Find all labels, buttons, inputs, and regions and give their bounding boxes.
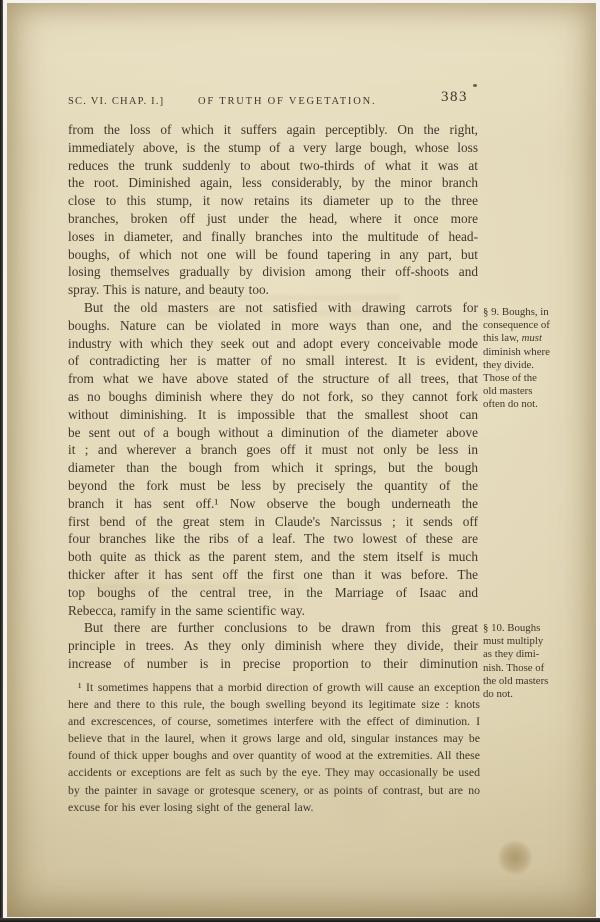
- running-title: OF TRUTH OF VEGETATION.: [198, 96, 368, 107]
- text-line: branches, broken off just under the head…: [68, 210, 478, 228]
- text-line: close to this stump, it now retains its …: [68, 192, 478, 210]
- text-line: found of thick upper boughs and over qua…: [68, 747, 480, 764]
- text-line: diminish where: [483, 346, 587, 359]
- text-line: excuse for his ever losing sight of the …: [68, 799, 480, 816]
- text-line: increase of number is in precise proport…: [68, 655, 478, 673]
- text-line: be sent out of a bough without a diminut…: [68, 424, 478, 442]
- text-line: it ; and wherever a branch goes off it m…: [68, 441, 478, 459]
- text-line: must multiply: [483, 635, 587, 648]
- text-line: from the loss of which it suffers again …: [68, 121, 478, 139]
- text-line: boughs. Nature can be violated in more w…: [68, 317, 478, 335]
- text-line: both quite as thick as the parent stem, …: [68, 548, 478, 566]
- text-line: old masters: [483, 385, 587, 398]
- scan-edge-left: [0, 0, 3, 922]
- text-line: industry with which they seek out and ad…: [68, 335, 478, 353]
- text-line: top boughs of the central tree, in the M…: [68, 584, 478, 602]
- text-line: the old masters: [483, 675, 587, 688]
- margin-note-10: § 10. Boughsmust multiplyas they dimi-ni…: [483, 622, 587, 701]
- text-line: and excrescences, of course, sometimes i…: [68, 713, 480, 730]
- text-line: as they dimi-: [483, 648, 587, 661]
- scan-edge-bottom: [0, 918, 600, 922]
- paragraph: from the loss of which it suffers again …: [68, 121, 478, 299]
- footnote: ¹ It sometimes happens that a morbid dir…: [68, 679, 480, 816]
- book-page-scan: SC. VI. CHAP. I.] OF TRUTH OF VEGETATION…: [0, 0, 600, 922]
- text-line: immediately above, is the stump of a ver…: [68, 139, 478, 157]
- stain-mark: [497, 840, 533, 875]
- text-line: § 9. Boughs, in: [483, 306, 587, 319]
- text-line: thicker after it has sent off the first …: [68, 566, 478, 584]
- text-line: § 10. Boughs: [483, 622, 587, 635]
- text-line: reduces the trunk suddenly to about two-…: [68, 157, 478, 175]
- body-text: from the loss of which it suffers again …: [68, 121, 478, 673]
- text-line: first bend of the great stem in Claude's…: [68, 513, 478, 531]
- text-line: here and there to this rule, the bough s…: [68, 696, 480, 713]
- text-line: But there are further conclusions to be …: [68, 619, 478, 637]
- text-line: believe that in the laurel, when it grow…: [68, 730, 480, 747]
- paragraph: But there are further conclusions to be …: [68, 619, 478, 672]
- text-line: as no boughs diminish where they do not …: [68, 388, 478, 406]
- text-line: principle in trees. As they only diminis…: [68, 637, 478, 655]
- chapter-label: SC. VI. CHAP. I.]: [68, 96, 164, 107]
- text-line: often do not.: [483, 398, 587, 411]
- text-line: this law, must: [483, 332, 587, 345]
- text-line: loses in diameter, and finally branches …: [68, 228, 478, 246]
- margin-note-9: § 9. Boughs, inconsequence ofthis law, m…: [483, 306, 587, 412]
- text-line: nish. Those of: [483, 662, 587, 675]
- text-line: by the painter in savage or grotesque sc…: [68, 782, 480, 799]
- text-line: consequence of: [483, 319, 587, 332]
- text-line: Those of the: [483, 372, 587, 385]
- text-line: branch it has sent off.¹ Now observe the…: [68, 495, 478, 513]
- ink-speck: [473, 84, 477, 87]
- text-line: spray. This is nature, and beauty too.: [68, 281, 478, 299]
- page-header: SC. VI. CHAP. I.] OF TRUTH OF VEGETATION…: [68, 92, 478, 114]
- text-line: accidents or exceptions are felt as such…: [68, 764, 480, 781]
- text-line: they divide.: [483, 359, 587, 372]
- text-line: ¹ It sometimes happens that a morbid dir…: [68, 679, 480, 696]
- text-line: from what we have above stated of the st…: [68, 370, 478, 388]
- page-number: 383: [441, 89, 468, 106]
- text-line: diameter than the bough from which it sp…: [68, 459, 478, 477]
- text-line: boughs, of which not one will be found t…: [68, 246, 478, 264]
- text-line: do not.: [483, 688, 587, 701]
- text-line: of contradicting her is matter of no sma…: [68, 352, 478, 370]
- paragraph: But the old masters are not satisfied wi…: [68, 299, 478, 619]
- text-line: the root. Diminished again, less conside…: [68, 174, 478, 192]
- text-line: But the old masters are not satisfied wi…: [68, 299, 478, 317]
- text-line: without diminishing. It is impossible th…: [68, 406, 478, 424]
- text-line: four branches like the ribs of a leaf. T…: [68, 530, 478, 548]
- text-line: losing themselves gradually by division …: [68, 263, 478, 281]
- text-line: beyond the fork must be less by precisel…: [68, 477, 478, 495]
- text-line: Rebecca, ramify in the same scientific w…: [68, 602, 478, 620]
